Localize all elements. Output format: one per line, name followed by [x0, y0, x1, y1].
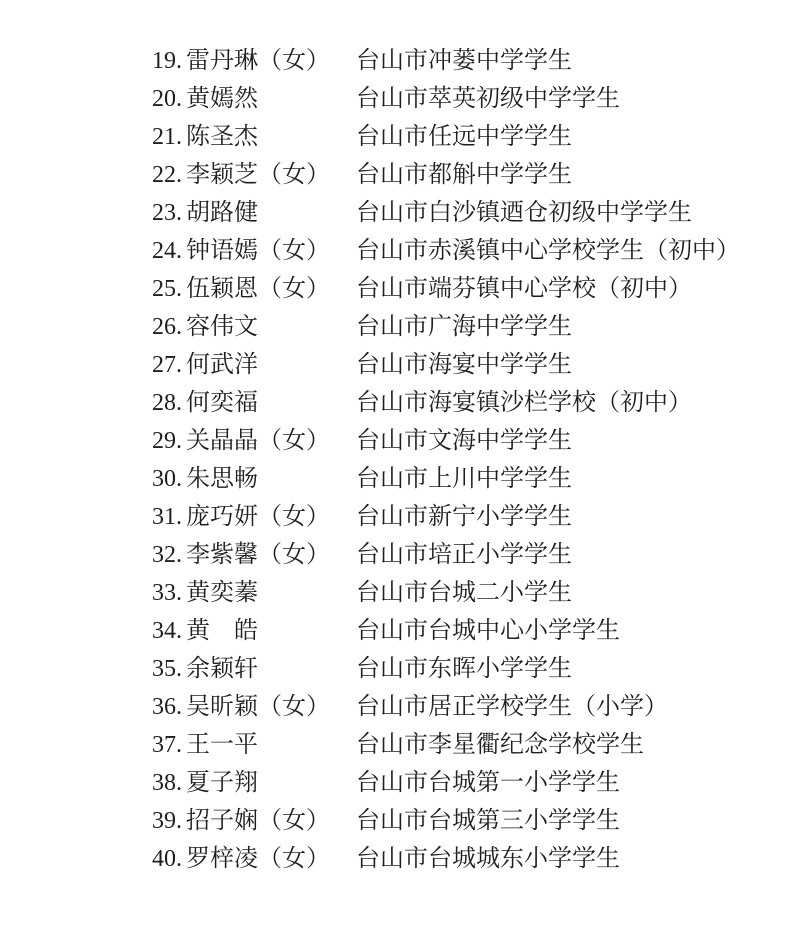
item-number: 36. [152, 688, 186, 726]
list-item: 36. 吴昕颖（女） 台山市居正学校学生（小学） [152, 688, 800, 726]
list-item: 29. 关晶晶（女） 台山市文海中学学生 [152, 422, 800, 460]
item-number: 33. [152, 574, 186, 612]
item-number: 25. [152, 270, 186, 308]
item-number: 31. [152, 498, 186, 536]
list-item: 32. 李紫馨（女） 台山市培正小学学生 [152, 536, 800, 574]
item-number: 37. [152, 726, 186, 764]
student-name: 何武洋 [186, 346, 356, 384]
item-number: 21. [152, 118, 186, 156]
list-item: 31. 庞巧妍（女） 台山市新宁小学学生 [152, 498, 800, 536]
student-name: 罗梓凌（女） [186, 840, 356, 878]
student-name: 黄嫣然 [186, 80, 356, 118]
student-name: 伍颖恩（女） [186, 270, 356, 308]
item-number: 30. [152, 460, 186, 498]
list-item: 33. 黄奕蓁 台山市台城二小学生 [152, 574, 800, 612]
student-name: 容伟文 [186, 308, 356, 346]
item-number: 35. [152, 650, 186, 688]
item-number: 23. [152, 194, 186, 232]
item-number: 19. [152, 42, 186, 80]
list-item: 19. 雷丹琳（女） 台山市冲蒌中学学生 [152, 42, 800, 80]
list-item: 30. 朱思畅 台山市上川中学学生 [152, 460, 800, 498]
list-item: 20. 黄嫣然 台山市萃英初级中学学生 [152, 80, 800, 118]
list-item: 27. 何武洋 台山市海宴中学学生 [152, 346, 800, 384]
student-school: 台山市海宴中学学生 [356, 346, 800, 384]
student-school: 台山市冲蒌中学学生 [356, 42, 800, 80]
item-number: 39. [152, 802, 186, 840]
student-school: 台山市文海中学学生 [356, 422, 800, 460]
list-item: 34. 黄 皓 台山市台城中心小学学生 [152, 612, 800, 650]
student-school: 台山市台城第三小学学生 [356, 802, 800, 840]
student-school: 台山市赤溪镇中心学校学生（初中） [356, 232, 800, 270]
student-school: 台山市新宁小学学生 [356, 498, 800, 536]
list-item: 21. 陈圣杰 台山市任远中学学生 [152, 118, 800, 156]
student-name: 钟语嫣（女） [186, 232, 356, 270]
student-school: 台山市端芬镇中心学校（初中） [356, 270, 800, 308]
student-school: 台山市海宴镇沙栏学校（初中） [356, 384, 800, 422]
student-school: 台山市台城中心小学学生 [356, 612, 800, 650]
student-name: 胡路健 [186, 194, 356, 232]
document-page: 19. 雷丹琳（女） 台山市冲蒌中学学生 20. 黄嫣然 台山市萃英初级中学学生… [0, 0, 800, 934]
student-name: 王一平 [186, 726, 356, 764]
student-name: 黄奕蓁 [186, 574, 356, 612]
student-name: 夏子翔 [186, 764, 356, 802]
student-name: 朱思畅 [186, 460, 356, 498]
student-name: 庞巧妍（女） [186, 498, 356, 536]
item-number: 28. [152, 384, 186, 422]
student-school: 台山市上川中学学生 [356, 460, 800, 498]
list-item: 22. 李颖芝（女） 台山市都斛中学学生 [152, 156, 800, 194]
item-number: 27. [152, 346, 186, 384]
list-item: 24. 钟语嫣（女） 台山市赤溪镇中心学校学生（初中） [152, 232, 800, 270]
list-item: 23. 胡路健 台山市白沙镇迺仓初级中学学生 [152, 194, 800, 232]
item-number: 29. [152, 422, 186, 460]
item-number: 38. [152, 764, 186, 802]
list-item: 40. 罗梓凌（女） 台山市台城城东小学学生 [152, 840, 800, 878]
student-school: 台山市台城城东小学学生 [356, 840, 800, 878]
list-item: 35. 余颖轩 台山市东晖小学学生 [152, 650, 800, 688]
student-name: 吴昕颖（女） [186, 688, 356, 726]
student-school: 台山市任远中学学生 [356, 118, 800, 156]
student-school: 台山市萃英初级中学学生 [356, 80, 800, 118]
student-name: 何奕福 [186, 384, 356, 422]
item-number: 24. [152, 232, 186, 270]
student-name: 余颖轩 [186, 650, 356, 688]
student-school: 台山市台城第一小学学生 [356, 764, 800, 802]
student-name: 雷丹琳（女） [186, 42, 356, 80]
student-school: 台山市东晖小学学生 [356, 650, 800, 688]
list-item: 38. 夏子翔 台山市台城第一小学学生 [152, 764, 800, 802]
student-school: 台山市广海中学学生 [356, 308, 800, 346]
student-school: 台山市都斛中学学生 [356, 156, 800, 194]
student-school: 台山市李星衢纪念学校学生 [356, 726, 800, 764]
list-item: 28. 何奕福 台山市海宴镇沙栏学校（初中） [152, 384, 800, 422]
item-number: 40. [152, 840, 186, 878]
student-school: 台山市台城二小学生 [356, 574, 800, 612]
item-number: 26. [152, 308, 186, 346]
student-name: 陈圣杰 [186, 118, 356, 156]
student-name: 关晶晶（女） [186, 422, 356, 460]
list-item: 26. 容伟文 台山市广海中学学生 [152, 308, 800, 346]
student-name: 李紫馨（女） [186, 536, 356, 574]
item-number: 22. [152, 156, 186, 194]
student-school: 台山市培正小学学生 [356, 536, 800, 574]
item-number: 34. [152, 612, 186, 650]
student-name: 李颖芝（女） [186, 156, 356, 194]
list-item: 37. 王一平 台山市李星衢纪念学校学生 [152, 726, 800, 764]
item-number: 32. [152, 536, 186, 574]
student-name: 黄 皓 [186, 612, 356, 650]
list-item: 25. 伍颖恩（女） 台山市端芬镇中心学校（初中） [152, 270, 800, 308]
student-school: 台山市白沙镇迺仓初级中学学生 [356, 194, 800, 232]
student-roster-list: 19. 雷丹琳（女） 台山市冲蒌中学学生 20. 黄嫣然 台山市萃英初级中学学生… [0, 0, 800, 878]
item-number: 20. [152, 80, 186, 118]
list-item: 39. 招子娴（女） 台山市台城第三小学学生 [152, 802, 800, 840]
student-school: 台山市居正学校学生（小学） [356, 688, 800, 726]
student-name: 招子娴（女） [186, 802, 356, 840]
